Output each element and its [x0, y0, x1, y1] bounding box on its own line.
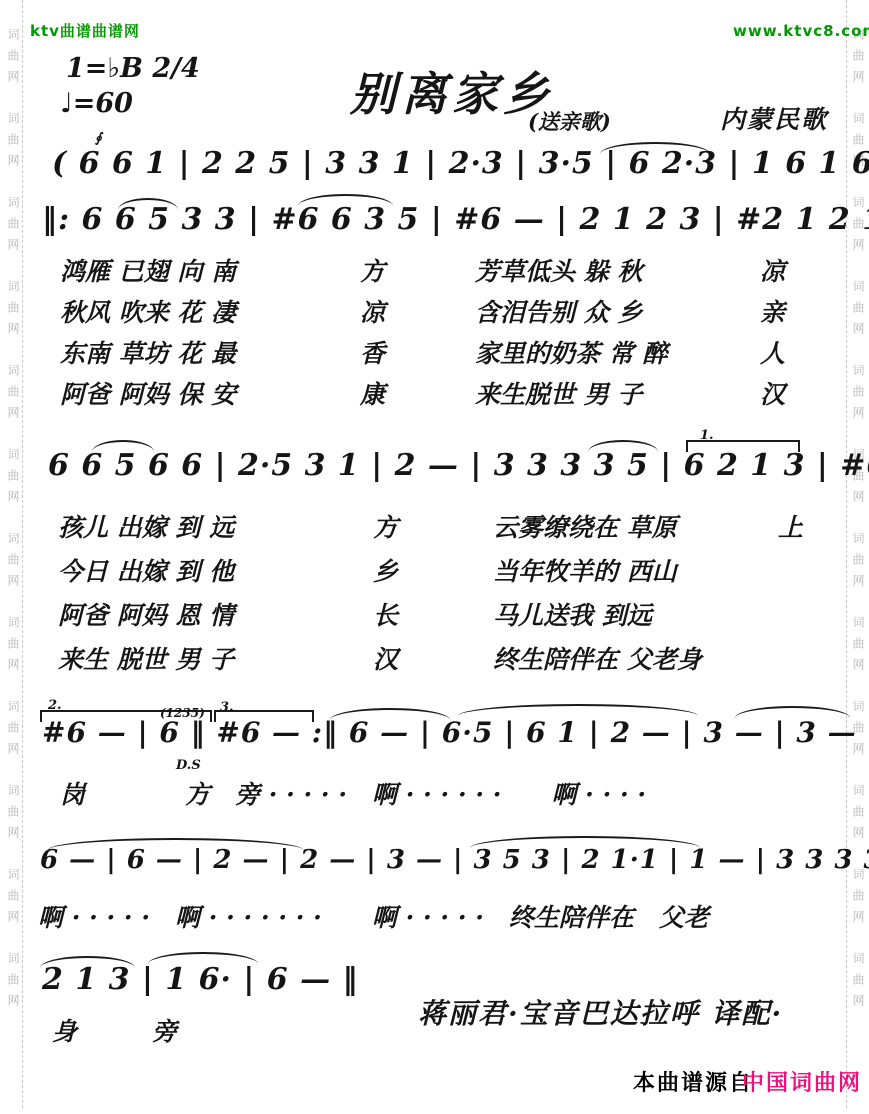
translator-credits: 蒋丽君·宝音巴达拉呼 译配· — [418, 992, 783, 1032]
sheet-music-page: { "watermark": { "unit": "词曲网", "count":… — [0, 0, 869, 1114]
lyric-cell — [778, 596, 838, 632]
key-signature: 1=♭B 2/4 — [66, 53, 200, 84]
lyric-cell: 今日 出嫁 到 他 — [58, 552, 373, 588]
lyric-cell: 汉 — [760, 375, 840, 411]
source-site: 中国词曲网 — [742, 1066, 862, 1097]
lyric-cell: 汉 — [373, 640, 493, 676]
verse2-row: 孩儿 出嫁 到 远 方 云雾缭绕在 草原 上 — [58, 508, 838, 544]
slur-arc — [735, 706, 850, 718]
lyric-cell: 来生 脱世 男 子 — [58, 640, 373, 676]
lyric-cell: 上 — [778, 508, 838, 544]
lyric-cell — [778, 640, 838, 676]
lyric-cell: 凉 — [360, 293, 475, 329]
lyric-cell: 芳草低头 躲 秋 — [475, 252, 760, 288]
lyric-cell: 阿爸 阿妈 保 安 — [60, 375, 360, 411]
verse1-row: 鸿雁 已翅 向 南 方 芳草低头 躲 秋 凉 — [60, 252, 840, 288]
lyric-cell: 康 — [360, 375, 475, 411]
lyric-cell: 乡 — [373, 552, 493, 588]
slur-arc — [92, 440, 154, 452]
volta-bracket — [214, 710, 314, 722]
verse2-row: 阿爸 阿妈 恩 情 长 马儿送我 到远 — [58, 596, 838, 632]
lyric-line-4: 岗 方 旁 · · · · · 啊 · · · · · · 啊 · · · · — [60, 775, 646, 811]
music-line-1: ( 6 6 1 | 2 2 5 | 3 3 1 | 2·3 | 3·5 | 6 … — [52, 146, 869, 181]
lyric-cell: 方 — [373, 508, 493, 544]
lyric-cell: 长 — [373, 596, 493, 632]
site-url: www.ktvc8.com — [733, 22, 869, 40]
slur-arc — [600, 142, 710, 154]
watermark-left: 词曲网 词曲网 词曲网 词曲网 词曲网 词曲网 词曲网 词曲网 词曲网 词曲网 … — [2, 0, 23, 1108]
slur-arc — [588, 440, 658, 452]
dal-segno-mark: D.S — [176, 758, 201, 773]
slur-arc — [40, 956, 135, 968]
lyric-line-5: 啊 · · · · · 啊 · · · · · · · 啊 · · · · · … — [38, 898, 709, 934]
lyric-cell: 家里的奶茶 常 醉 — [475, 334, 760, 370]
volta-bracket — [40, 710, 212, 722]
slur-arc — [148, 952, 258, 964]
tempo-marking: ♩=60 — [60, 88, 133, 119]
verse1-row: 阿爸 阿妈 保 安 康 来生脱世 男 子 汉 — [60, 375, 840, 411]
site-logo: ktv曲谱曲谱网 — [30, 20, 140, 41]
source-note: 本曲谱源自 — [633, 1066, 753, 1097]
lyric-line-6: 身 旁 — [52, 1012, 177, 1048]
lyric-cell: 含泪告别 众 乡 — [475, 293, 760, 329]
music-line-3: 6 6 5 6 6 | 2·5 3 1 | 2 — | 3 3 3 3 5 | … — [48, 448, 869, 483]
lyric-cell: 来生脱世 男 子 — [475, 375, 760, 411]
lyric-cell: 亲 — [760, 293, 840, 329]
song-subtitle: (送亲歌) — [528, 106, 611, 136]
song-title: 别离家乡 — [350, 58, 554, 124]
segno-mark: ∮ — [95, 131, 102, 146]
lyric-cell: 凉 — [760, 252, 840, 288]
lyric-cell: 香 — [360, 334, 475, 370]
song-origin: 内蒙民歌 — [720, 100, 828, 136]
lyric-cell: 当年牧羊的 西山 — [493, 552, 778, 588]
slur-arc — [458, 704, 698, 716]
lyric-cell: 阿爸 阿妈 恩 情 — [58, 596, 373, 632]
lyric-cell: 云雾缭绕在 草原 — [493, 508, 778, 544]
lyric-cell: 鸿雁 已翅 向 南 — [60, 252, 360, 288]
lyric-cell: 东南 草坊 花 最 — [60, 334, 360, 370]
slur-arc — [118, 198, 178, 210]
lyric-cell — [778, 552, 838, 588]
slur-arc — [470, 836, 700, 848]
slur-arc — [330, 708, 450, 720]
verse1-row: 东南 草坊 花 最 香 家里的奶茶 常 醉 人 — [60, 334, 840, 370]
lyric-cell: 马儿送我 到远 — [493, 596, 778, 632]
volta-bracket — [686, 440, 800, 452]
lyric-cell: 终生陪伴在 父老身 — [493, 640, 778, 676]
lyric-cell: 孩儿 出嫁 到 远 — [58, 508, 373, 544]
slur-arc — [298, 194, 393, 206]
lyric-cell: 秋风 吹来 花 凄 — [60, 293, 360, 329]
verse2-row: 今日 出嫁 到 他 乡 当年牧羊的 西山 — [58, 552, 838, 588]
verse1-row: 秋风 吹来 花 凄 凉 含泪告别 众 乡 亲 — [60, 293, 840, 329]
slur-arc — [48, 838, 303, 850]
lyric-cell: 人 — [760, 334, 840, 370]
lyric-cell: 方 — [360, 252, 475, 288]
verse2-row: 来生 脱世 男 子 汉 终生陪伴在 父老身 — [58, 640, 838, 676]
